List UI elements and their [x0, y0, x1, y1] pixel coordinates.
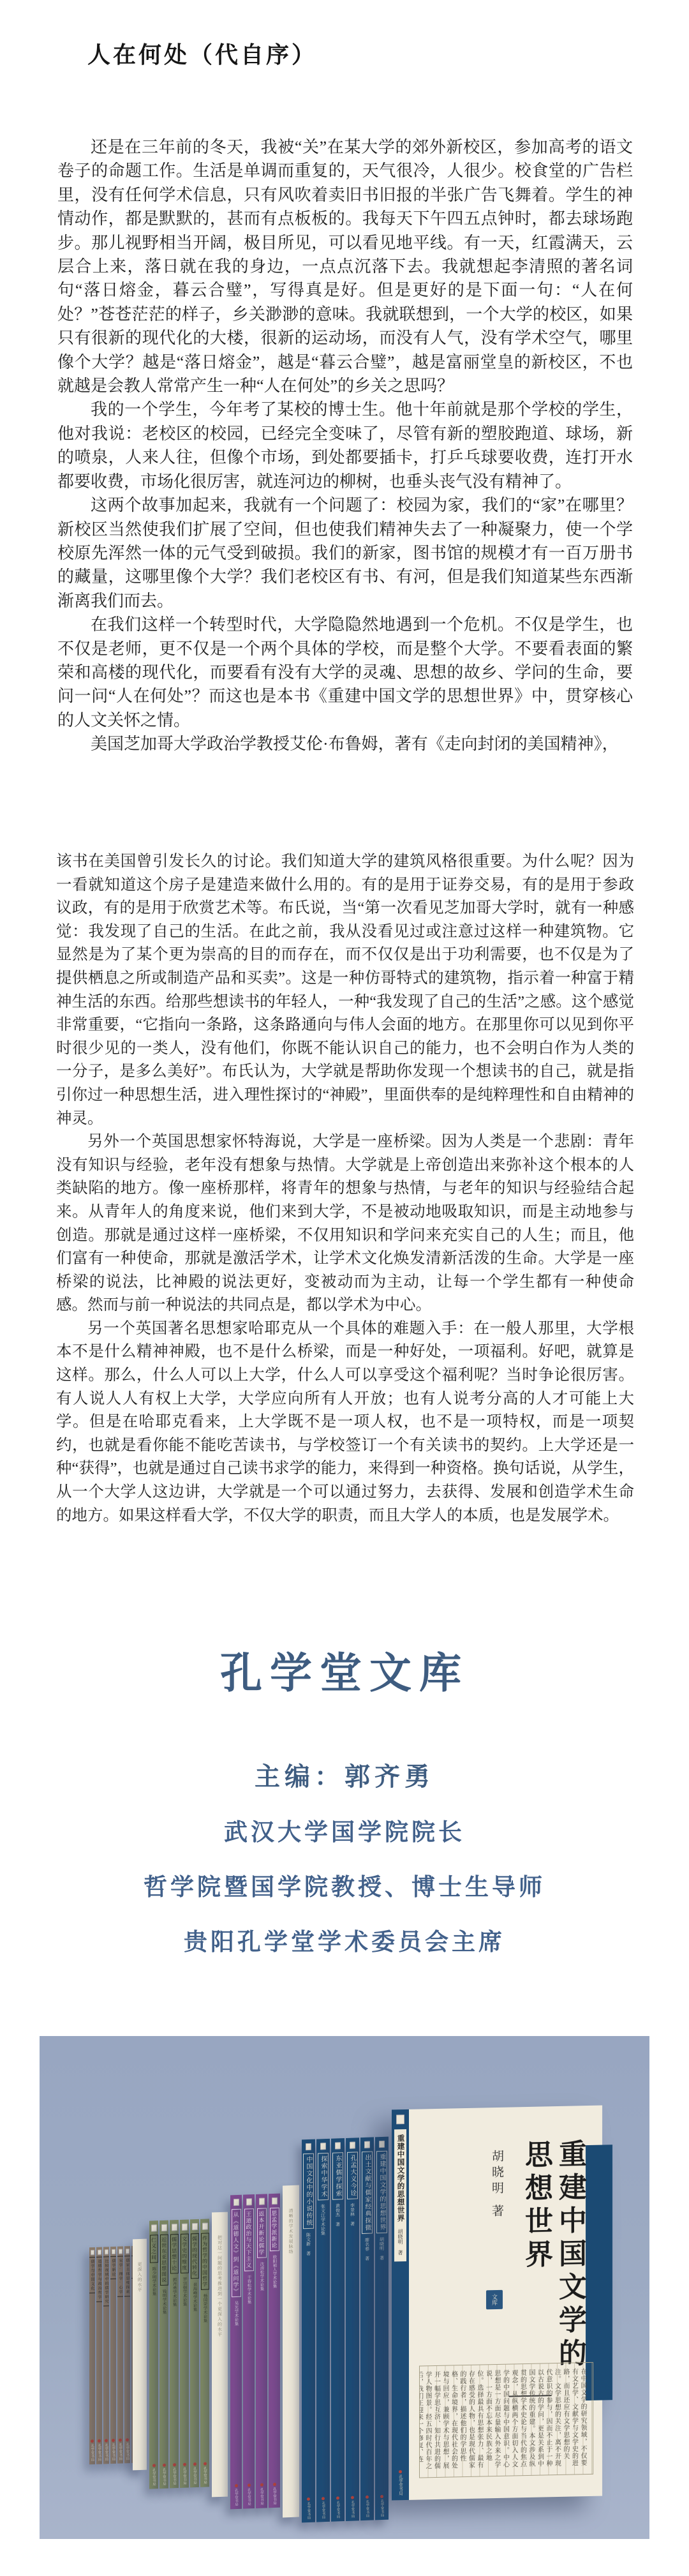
- spine-author: 陈少明学术论集: [151, 2266, 157, 2296]
- paragraph: 还是在三年前的冬天，我被“关”在某大学的郊外新校区，参加高考的语文卷子的命题工作…: [57, 135, 633, 398]
- spine-title: 儒学新论: [110, 2256, 116, 2279]
- series-seal-icon: [320, 2143, 326, 2150]
- spine-title: 文学史的维度: [181, 2233, 189, 2273]
- series-seal-icon: [192, 2223, 198, 2230]
- paragraph: 另外一个英国思想家怀特海说，大学是一座桥梁。因为人类是一个悲剧：青年没有知识与经…: [56, 1130, 634, 1317]
- spine-publisher: 孔学堂书局: [397, 2470, 403, 2496]
- series-seal-icon: [172, 2224, 177, 2231]
- publisher-logo-icon: [336, 2496, 339, 2499]
- spine-publisher: 孔学堂书局: [104, 2439, 109, 2461]
- publisher-logo-icon: [126, 2438, 129, 2441]
- spine-title: 近世东亚思想图说: [160, 2235, 168, 2286]
- spine-title: 思孟学派新论: [270, 2208, 279, 2252]
- spine-title: 宋学·理学·心学: [117, 2256, 123, 2296]
- paragraph: 该书在美国曾引发长久的讨论。我们知道大学的建筑风格很重要。为什么呢？因为一看就知…: [56, 850, 634, 1130]
- book-spine: 从《道德人文》到《道问学》吴光学术论集孔学堂书局: [230, 2195, 242, 2510]
- books-photo: 儒学与中国文化孔学堂书局 道德哲学与政治哲学孔学堂书局 比较视域中的儒学研究孔学…: [40, 2036, 649, 2539]
- spine-publisher: 孔学堂书局: [111, 2438, 116, 2460]
- series-seal-icon: [364, 2141, 370, 2148]
- series-seal-icon: [119, 2249, 122, 2254]
- spine-title: 探索中华学术: [318, 2153, 329, 2201]
- preface-title: 人在何处（代自序）: [87, 37, 317, 70]
- cover-author: 胡晓明 著: [488, 2150, 505, 2265]
- spine-author: 胡晓明 著: [379, 2237, 385, 2260]
- spine-author: 郭齐勇学术论集: [172, 2277, 177, 2307]
- book-spine: 作为哲学的中国哲学杨国荣学术论集孔学堂书局: [200, 2219, 209, 2487]
- publisher-logo-icon: [173, 2463, 176, 2466]
- spine-author: 沈清松学术论集: [259, 2261, 265, 2291]
- front-book-spine: 重建中国文学的思想世界 胡晓明 著 孔学堂书局: [392, 2109, 409, 2501]
- spine-author: 钱明学术论集: [161, 2289, 167, 2314]
- book-spine: 重建中国文学的思想世界胡晓明 著孔学堂书局: [375, 2137, 389, 2520]
- spine-publisher: 孔学堂书局: [118, 2438, 123, 2460]
- book-group-blue: 中国文化中的小说传统陈文新 著孔学堂书局 探索中华学术张文江学术论集孔学堂书局 …: [302, 2137, 389, 2523]
- series-title: 孔学堂文库: [0, 1639, 689, 1700]
- spine-title: 儒学与中国文化: [89, 2257, 95, 2293]
- publisher-logo-icon: [152, 2464, 156, 2467]
- publisher-logo-icon: [399, 2470, 402, 2473]
- series-seal-icon: [350, 2141, 355, 2148]
- book-spine: 文学史的维度罗宗强学术论集孔学堂书局: [180, 2219, 189, 2487]
- spine-publisher: 孔学堂书局: [202, 2462, 207, 2484]
- series-seal-icon: [112, 2249, 115, 2254]
- series-seal-icon: [98, 2250, 101, 2255]
- spine-publisher: 孔学堂书局: [272, 2482, 277, 2505]
- spine-author: 张文江学术论集: [320, 2204, 327, 2235]
- book-spine: 思孟学派新论欧阳祯人学术论集孔学堂书局: [269, 2194, 280, 2508]
- book-spine: 中国文化中的小说传统陈文新 著孔学堂书局: [302, 2139, 315, 2523]
- series-seal-icon: [272, 2198, 278, 2205]
- editor-title-line: 哲学院暨国学院教授、博士生导师: [0, 1868, 689, 1902]
- spine-publisher: 孔学堂书局: [336, 2496, 341, 2519]
- book-spine: 道德哲学与政治哲学孔学堂书局: [96, 2247, 102, 2464]
- paragraph: 在我们这样一个转型时代，大学隐隐然地遇到一个危机。不仅是学生，也不仅是老师，更不…: [57, 613, 633, 732]
- book-spine-reversed: 清晰的学术发展脉络: [283, 2185, 299, 2518]
- series-seal-icon: [151, 2224, 157, 2231]
- spine-title: 儒学的现代转化: [191, 2233, 199, 2279]
- spine-publisher: 孔学堂书局: [259, 2483, 264, 2505]
- spine-publisher: 孔学堂书局: [172, 2463, 177, 2485]
- series-seal-icon: [246, 2198, 252, 2205]
- spine-title: 王道政治与天下主义: [244, 2208, 254, 2272]
- book-spine: 探索中华学术张文江学术论集孔学堂书局: [316, 2139, 330, 2522]
- book-spine: 王道政治与天下主义干春松学术论集孔学堂书局: [243, 2194, 255, 2509]
- book-spine: 近世东亚思想图说钱明学术论集孔学堂书局: [159, 2220, 168, 2489]
- spine-author: 干春松学术论集: [246, 2275, 252, 2304]
- publisher-logo-icon: [98, 2439, 101, 2442]
- front-book: 重建中国文学的思想世界 胡晓明 著 孔学堂书局 重建中国文学的思想世界 胡晓明 …: [392, 2106, 602, 2501]
- spine-author: 杨国荣学术论集: [202, 2293, 208, 2323]
- publisher-logo-icon: [322, 2497, 325, 2500]
- publisher-logo-icon: [366, 2495, 369, 2498]
- spine-title: 出土文献与儒家经典探微: [362, 2151, 373, 2234]
- spine-author: 黄俊杰 著: [335, 2203, 341, 2226]
- spine-text: 清晰的学术发展脉络: [288, 2208, 294, 2517]
- publisher-logo-icon: [163, 2463, 166, 2466]
- cover-seal-icon: 文库: [486, 2290, 503, 2310]
- spine-author: 罗宗强学术论集: [182, 2277, 188, 2307]
- preface-body-small: 该书在美国曾引发长久的讨论。我们知道大学的建筑风格很重要。为什么呢？因为一看就知…: [56, 850, 634, 1527]
- book-spine: 仁义之间陈少明学术论集孔学堂书局: [149, 2220, 158, 2489]
- series-seal-icon: [396, 2115, 404, 2124]
- spine-author: 景海峰学术论集: [192, 2282, 198, 2312]
- series-seal-icon: [233, 2199, 239, 2206]
- book-spine: 儒学的现代转化景海峰学术论集孔学堂书局: [190, 2219, 199, 2487]
- book-spine: 返本开新论儒学沈清松学术论集孔学堂书局: [256, 2194, 267, 2508]
- paragraph: 这两个故事加起来，我就有一个问题了：校园为家，我们的“家”在哪里？新校区当然使我…: [57, 493, 633, 613]
- spine-title: 儒学思想十论: [170, 2234, 179, 2273]
- book-spine-reversed: 把对这一问题的思考推进到一个更深入的水平: [212, 2212, 228, 2497]
- front-book-cover: 重建中国文学的思想世界 胡晓明 著 文库 在中国文学的研究领域，不仅要有文艺学、…: [409, 2106, 602, 2500]
- series-seal-icon: [105, 2249, 108, 2254]
- spine-title: 作为哲学的中国哲学: [201, 2233, 209, 2289]
- spine-author: 胡晓明 著: [397, 2229, 404, 2255]
- series-seal-icon: [306, 2143, 311, 2150]
- spine-label-strip: 重建中国文学的思想世界 胡晓明 著: [394, 2129, 406, 2261]
- editor-title-line: 武汉大学国学院院长: [0, 1813, 689, 1847]
- spine-publisher: 孔学堂书局: [161, 2463, 167, 2485]
- book-group-brown: 儒学与中国文化孔学堂书局 道德哲学与政治哲学孔学堂书局 比较视域中的儒学研究孔学…: [89, 2246, 137, 2465]
- spine-title: 比较视域中的儒学研究: [103, 2256, 109, 2306]
- series-seal-icon: [335, 2142, 341, 2149]
- series-seal-icon: [161, 2224, 167, 2231]
- book-spine: 比较视域中的儒学研究孔学堂书局: [103, 2247, 109, 2464]
- paragraph: 我的一个学生，今年考了某校的博士生。他十年前就是那个学校的学生，他对我说：老校区…: [57, 398, 633, 493]
- spine-publisher: 孔学堂书局: [350, 2496, 355, 2518]
- spine-publisher: 孔学堂书局: [321, 2497, 326, 2519]
- spine-author: 吴光学术论集: [233, 2301, 239, 2326]
- paragraph: 另一个英国著名思想家哈耶克从一个具体的难题入手：在一般人那里，大学根本不是什么精…: [56, 1317, 634, 1527]
- book-group-purple: 从《道德人文》到《道问学》吴光学术论集孔学堂书局 王道政治与天下主义干春松学术论…: [230, 2194, 280, 2510]
- book-group-green: 仁义之间陈少明学术论集孔学堂书局 近世东亚思想图说钱明学术论集孔学堂书局 儒学思…: [149, 2219, 209, 2489]
- publisher-logo-icon: [260, 2483, 263, 2486]
- spine-author: 欧阳祯人学术论集: [272, 2255, 278, 2288]
- preface-body-large: 还是在三年前的冬天，我被“关”在某大学的郊外新校区，参加高考的语文卷子的命题工作…: [57, 135, 633, 756]
- book-spine: 孔孟大义今诠李景林 著孔学堂书局: [346, 2138, 359, 2521]
- spine-text: 更深入的水平: [137, 2262, 143, 2470]
- series-seal-icon: [202, 2222, 208, 2229]
- book-spine: 宋学·理学·心学孔学堂书局: [117, 2246, 123, 2463]
- spine-title: 儒家主体思维探索: [124, 2256, 130, 2296]
- book-spine: 出土文献与儒家经典探微廖名春 著孔学堂书局: [360, 2137, 374, 2520]
- spine-author: 廖名春 著: [364, 2238, 371, 2261]
- book-spine: 儒家主体思维探索孔学堂书局: [124, 2246, 130, 2463]
- editor-title-line: 贵阳孔学堂学术委员会主席: [0, 1922, 689, 1957]
- publisher-logo-icon: [273, 2482, 276, 2485]
- publisher-logo-icon: [204, 2462, 207, 2465]
- spine-publisher: 孔学堂书局: [97, 2439, 102, 2461]
- series-seal-icon: [259, 2198, 265, 2205]
- spine-publisher: 孔学堂书局: [182, 2462, 187, 2485]
- publisher-logo-icon: [351, 2496, 354, 2499]
- spine-publisher: 孔学堂书局: [365, 2495, 370, 2517]
- book-spine: 儒学新论孔学堂书局: [110, 2247, 116, 2464]
- publisher-logo-icon: [235, 2483, 238, 2487]
- series-seal-icon: [379, 2141, 385, 2148]
- book-spine: 儒学与中国文化孔学堂书局: [89, 2247, 95, 2464]
- series-editor: 主编：郭齐勇: [0, 1756, 689, 1793]
- spine-publisher: 孔学堂书局: [90, 2439, 95, 2462]
- spine-publisher: 孔学堂书局: [306, 2497, 311, 2519]
- publisher-logo-icon: [112, 2438, 115, 2441]
- spine-publisher: 孔学堂书局: [380, 2494, 385, 2517]
- spine-title: 中国文化中的小说传统: [303, 2153, 314, 2229]
- cover-title: 重建中国文学的思想世界: [519, 2139, 587, 2378]
- book-spine-reversed: 更深入的水平: [133, 2239, 147, 2471]
- spine-publisher: 孔学堂书局: [125, 2438, 130, 2460]
- series-seal-icon: [126, 2249, 130, 2254]
- publisher-logo-icon: [380, 2494, 383, 2497]
- spine-publisher: 孔学堂书局: [192, 2462, 197, 2485]
- spine-publisher: 孔学堂书局: [233, 2483, 239, 2506]
- spine-title: 返本开新论儒学: [257, 2208, 267, 2258]
- publisher-logo-icon: [183, 2462, 186, 2466]
- publisher-logo-icon: [91, 2439, 94, 2443]
- spine-author: 李景林 著: [350, 2203, 356, 2226]
- publisher-logo-icon: [248, 2483, 251, 2487]
- book-spine: 东亚儒学探索黄俊杰 著孔学堂书局: [331, 2138, 344, 2522]
- spine-publisher: 孔学堂书局: [246, 2483, 251, 2506]
- publisher-logo-icon: [105, 2439, 108, 2442]
- publisher-logo-icon: [307, 2497, 310, 2500]
- spine-title: 重建中国文学的思想世界: [376, 2151, 387, 2234]
- spine-title: 东亚儒学探索: [332, 2152, 343, 2200]
- cover-excerpt: 在中国文学的研究领域，不仅要有文艺学、文献学与文学史的进路，而且还应有文学思想的…: [419, 2362, 593, 2478]
- spine-title: 孔孟大义今诠: [347, 2152, 358, 2199]
- spine-title: 道德哲学与政治哲学: [96, 2257, 102, 2302]
- spine-title: 仁义之间: [150, 2235, 158, 2263]
- spine-publisher: 孔学堂书局: [151, 2464, 156, 2486]
- publisher-logo-icon: [119, 2438, 122, 2441]
- spine-text: 把对这一问题的思考推进到一个更深入的水平: [217, 2235, 223, 2497]
- series-seal-icon: [182, 2224, 188, 2231]
- spine-title: 从《道德人文》到《道问学》: [232, 2209, 241, 2298]
- book-spine: 儒学思想十论郭齐勇学术论集孔学堂书局: [170, 2220, 179, 2488]
- spine-author: 陈文新 著: [306, 2233, 312, 2256]
- paragraph: 美国芝加哥大学政治学教授艾伦·布鲁姆，著有《走向封闭的美国精神》，: [57, 732, 633, 756]
- publisher-logo-icon: [193, 2462, 196, 2466]
- series-seal-icon: [91, 2250, 94, 2255]
- spine-title: 重建中国文学的思想世界: [396, 2134, 406, 2222]
